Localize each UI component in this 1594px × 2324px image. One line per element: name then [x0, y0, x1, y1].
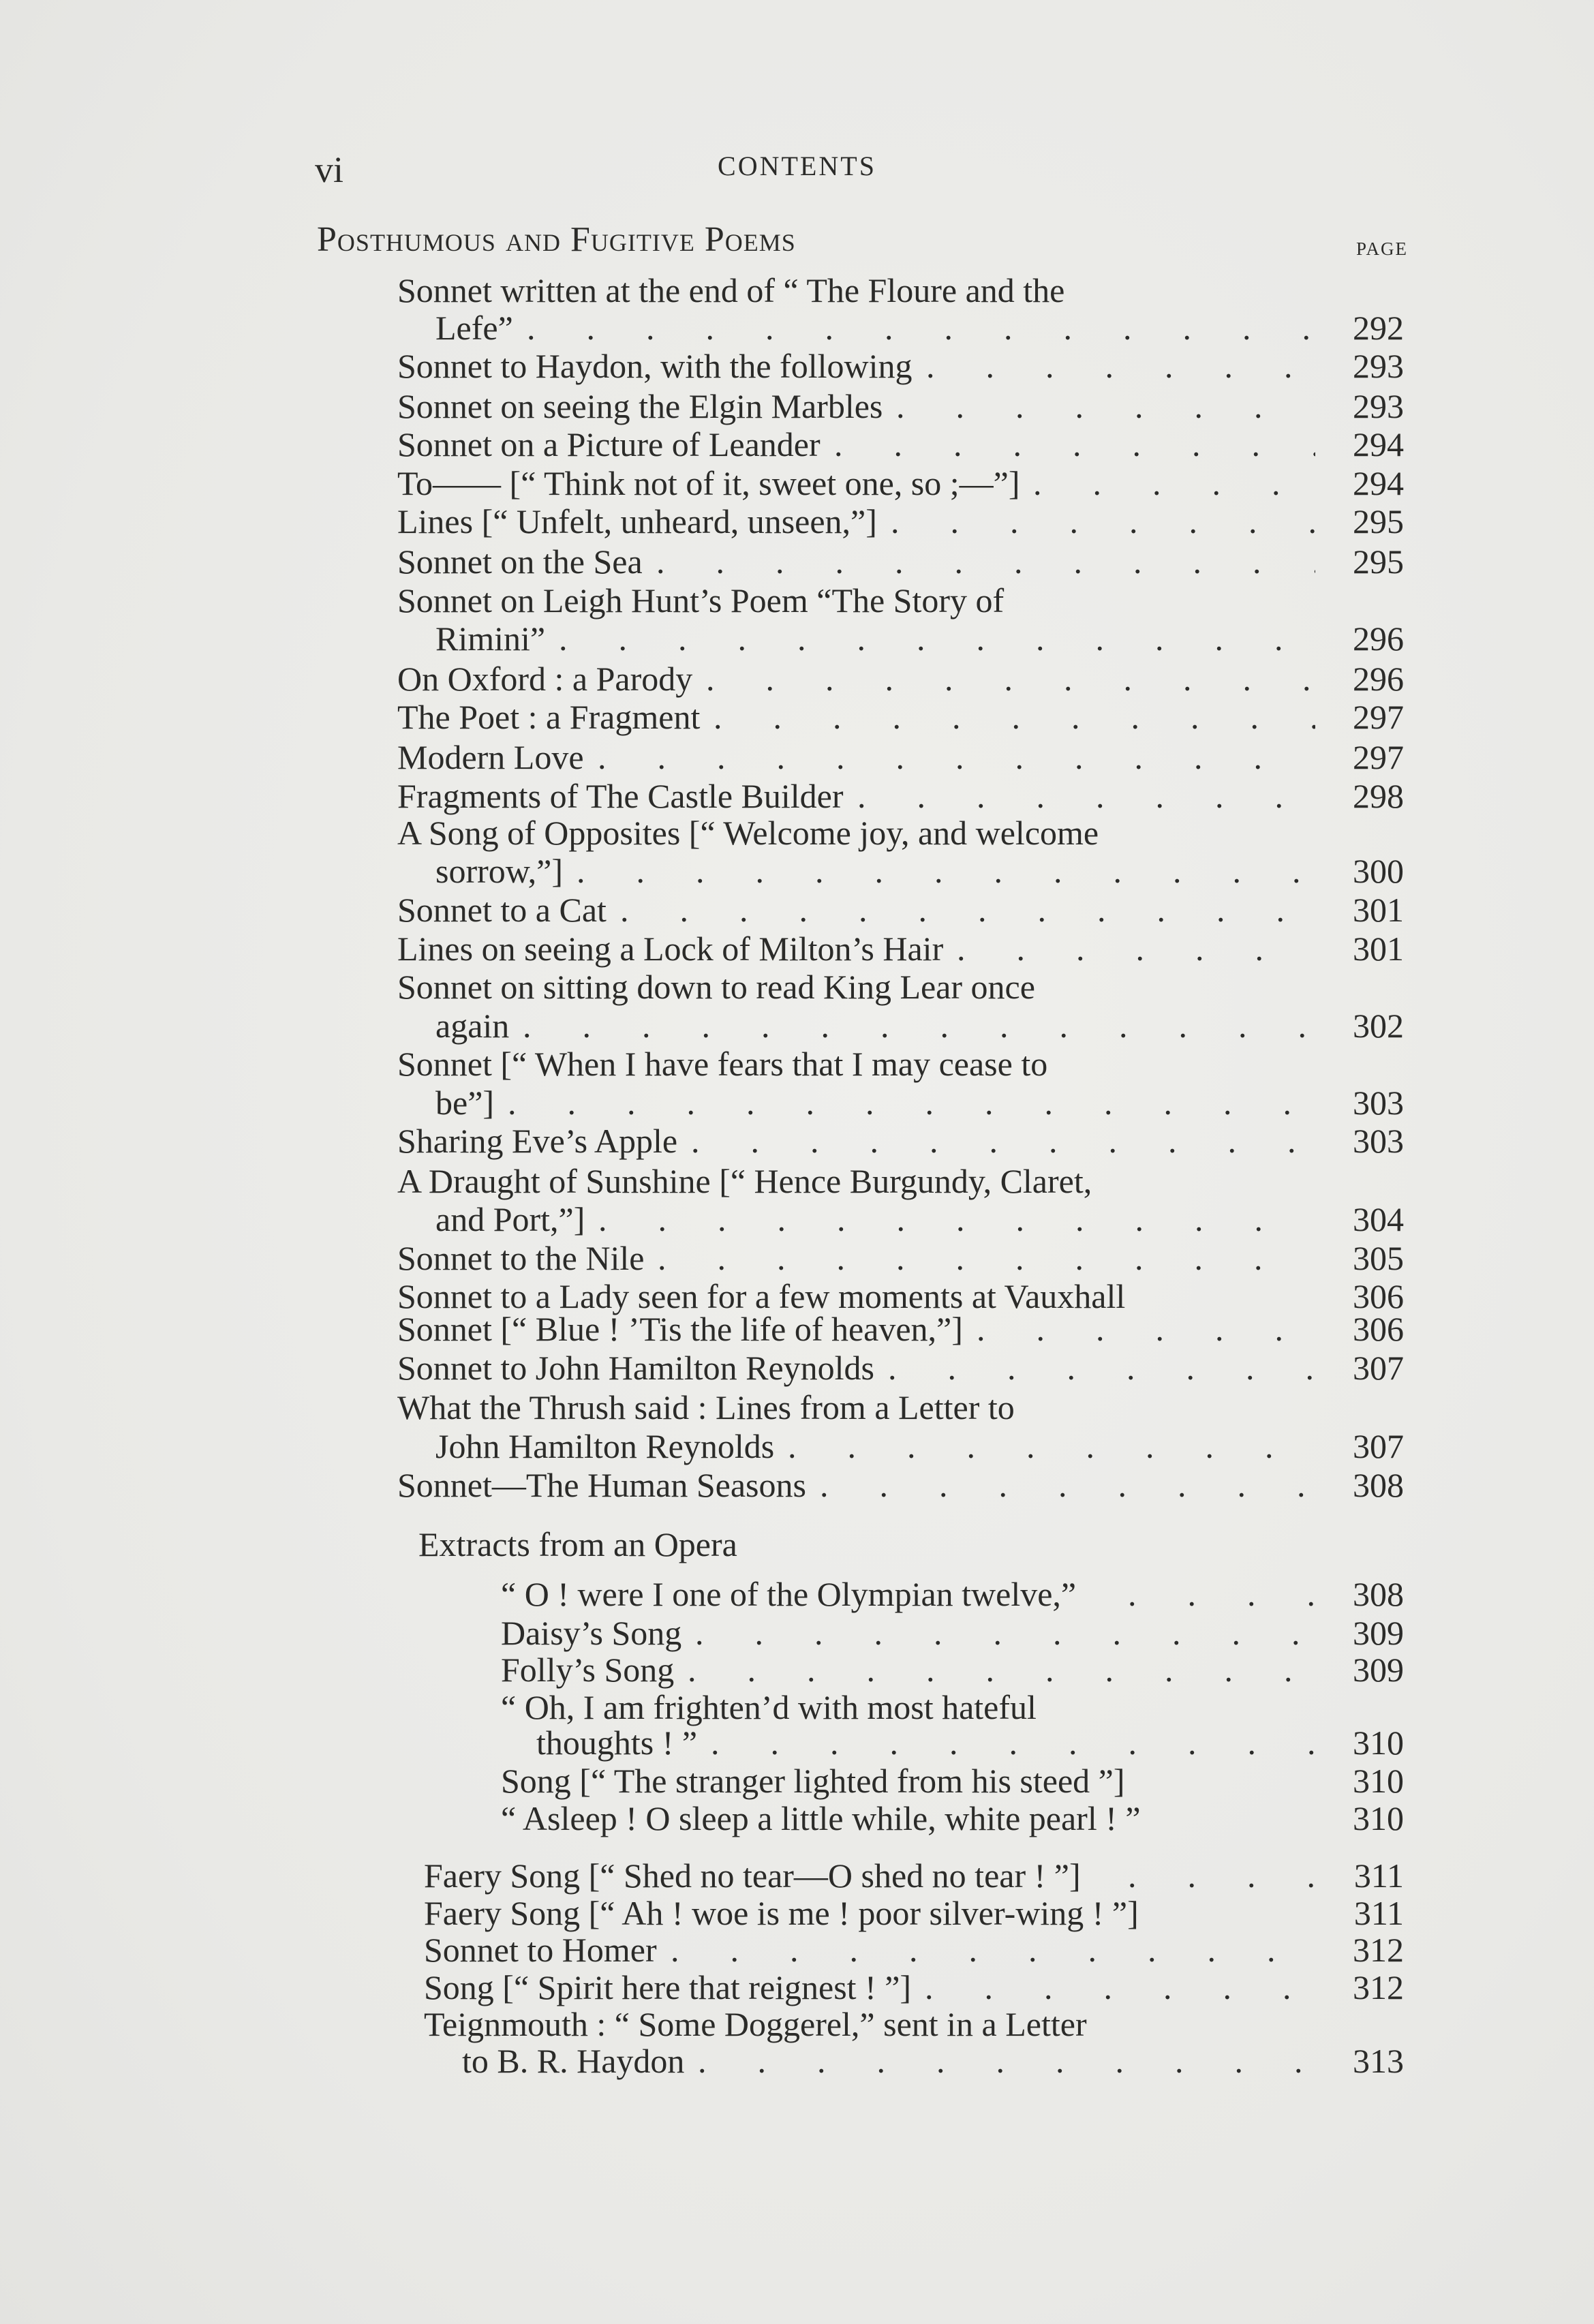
- dot-leader: . . . . . . . . . . . . . . .: [577, 852, 1315, 890]
- toc-entry-title: Sonnet to Homer: [424, 1931, 657, 1969]
- toc-entry[interactable]: Sonnet to Haydon, with the following. . …: [0, 347, 1594, 385]
- dot-leader: . . . . . . . . . . . . .: [691, 1122, 1315, 1160]
- toc-entry-title: “ Oh, I am frighten’d with most hateful: [501, 1688, 1037, 1726]
- toc-entry-page-number: 292: [1336, 309, 1404, 347]
- toc-entry-page-number: 312: [1336, 1931, 1404, 1969]
- toc-entry[interactable]: Daisy’s Song. . . . . . . . . . . . .309: [0, 1614, 1594, 1652]
- dot-leader: . . . . . . . . . .: [834, 425, 1315, 463]
- toc-entry[interactable]: Sonnet written at the end of “ The Flour…: [0, 271, 1594, 309]
- toc-entry-title: Fragments of The Castle Builder: [397, 777, 844, 815]
- toc-entry-title: Sonnet on Leigh Hunt’s Poem “The Story o…: [397, 581, 1004, 620]
- toc-entry-page-number: 302: [1336, 1007, 1404, 1045]
- toc-entry[interactable]: again. . . . . . . . . . . . . . . . .30…: [0, 1007, 1594, 1045]
- toc-entry-page-number: 307: [1336, 1349, 1404, 1387]
- dot-leader: . . . . . . .: [977, 1310, 1315, 1348]
- toc-entry-page-number: 294: [1336, 464, 1404, 502]
- toc-entry[interactable]: Lines [“ Unfelt, unheard, unseen,”]. . .…: [0, 502, 1594, 540]
- toc-entry-title: thoughts ! ”: [536, 1724, 697, 1762]
- toc-entry-title: “ Asleep ! O sleep a little while, white…: [501, 1799, 1141, 1837]
- toc-entry[interactable]: A Song of Opposites [“ Welcome joy, and …: [0, 814, 1594, 852]
- toc-entry-title: Teignmouth : “ Some Doggerel,” sent in a…: [424, 2005, 1087, 2043]
- toc-entry-title: Sonnet on sitting down to read King Lear…: [397, 968, 1035, 1006]
- subsection-heading-opera: Extracts from an Opera: [418, 1525, 737, 1563]
- toc-entry[interactable]: Modern Love. . . . . . . . . . . . . . .…: [0, 738, 1594, 776]
- toc-entry-title: The Poet : a Fragment: [397, 698, 700, 736]
- toc-entry[interactable]: Fragments of The Castle Builder. . . . .…: [0, 777, 1594, 815]
- toc-entry-page-number: 298: [1336, 777, 1404, 815]
- toc-entry-title: Modern Love: [397, 738, 584, 776]
- toc-entry-title: Sonnet to a Cat: [397, 891, 607, 929]
- toc-entry-title: Song [“ The stranger lighted from his st…: [501, 1762, 1125, 1800]
- dot-leader: . . . . . . . . . . . . .: [671, 1931, 1315, 1969]
- toc-entry-page-number: 310: [1336, 1799, 1404, 1837]
- toc-entry-page-number: 303: [1336, 1084, 1404, 1122]
- toc-entry-page-number: 310: [1336, 1762, 1404, 1800]
- toc-entry[interactable]: Teignmouth : “ Some Doggerel,” sent in a…: [0, 2005, 1594, 2043]
- dot-leader: . . . . . . . . . . . . . . .: [620, 891, 1315, 929]
- toc-entry[interactable]: Sonnet to Homer. . . . . . . . . . . . .…: [0, 1931, 1594, 1969]
- dot-leader: . . . . . . . . . . . . . . .: [598, 738, 1315, 776]
- toc-entry-page-number: 297: [1336, 738, 1404, 776]
- toc-entry-title: again: [435, 1007, 509, 1045]
- dot-leader: . . . . . . . .: [926, 347, 1315, 385]
- toc-entry-title: A Draught of Sunshine [“ Hence Burgundy,…: [397, 1162, 1092, 1200]
- toc-entry-title: Rimini”: [435, 620, 545, 658]
- toc-entry-page-number: 306: [1336, 1310, 1404, 1348]
- toc-entry-title: A Song of Opposites [“ Welcome joy, and …: [397, 814, 1099, 852]
- toc-entry-title: Faery Song [“ Ah ! woe is me ! poor silv…: [424, 1894, 1139, 1932]
- toc-entry-title: to B. R. Haydon: [462, 2042, 684, 2080]
- toc-entry-page-number: 303: [1336, 1122, 1404, 1160]
- toc-entry[interactable]: Sonnet [“ When I have fears that I may c…: [0, 1045, 1594, 1083]
- toc-entry-page-number: 309: [1336, 1651, 1404, 1689]
- toc-entry-page-number: 296: [1336, 660, 1404, 698]
- toc-entry[interactable]: A Draught of Sunshine [“ Hence Burgundy,…: [0, 1162, 1594, 1200]
- toc-entry[interactable]: Sonnet—The Human Seasons. . . . . . . . …: [0, 1466, 1594, 1504]
- dot-leader: . . . . . . . .: [925, 1968, 1315, 2006]
- toc-entry-title: Daisy’s Song: [501, 1614, 681, 1652]
- toc-entry[interactable]: Sonnet on a Picture of Leander. . . . . …: [0, 425, 1594, 463]
- dot-leader: . . . . . . . . . . . . .: [706, 660, 1315, 698]
- toc-entry-page-number: 295: [1336, 542, 1404, 581]
- toc-entry-page-number: 293: [1336, 347, 1404, 385]
- toc-entry-title: Lines [“ Unfelt, unheard, unseen,”]: [397, 502, 877, 540]
- toc-entry[interactable]: “ Oh, I am frighten’d with most hateful: [0, 1688, 1594, 1726]
- toc-entry-title: Song [“ Spirit here that reignest ! ”]: [424, 1968, 911, 2006]
- toc-entry-page-number: 308: [1336, 1575, 1404, 1613]
- toc-entry-page-number: 294: [1336, 425, 1404, 463]
- toc-entry-title: Lines on seeing a Lock of Milton’s Hair: [397, 930, 943, 968]
- toc-entry[interactable]: The Poet : a Fragment. . . . . . . . . .…: [0, 698, 1594, 736]
- toc-entry-title: Sonnet—The Human Seasons: [397, 1466, 806, 1504]
- toc-entry[interactable]: “ Asleep ! O sleep a little while, white…: [0, 1799, 1594, 1837]
- toc-entry-page-number: 311: [1336, 1856, 1404, 1895]
- toc-entry-title: Sonnet [“ Blue ! ’Tis the life of heaven…: [397, 1310, 963, 1348]
- toc-entry-title: Sonnet on a Picture of Leander: [397, 425, 821, 463]
- toc-entry[interactable]: Sonnet on Leigh Hunt’s Poem “The Story o…: [0, 581, 1594, 620]
- toc-entry-page-number: 304: [1336, 1200, 1404, 1238]
- toc-entry[interactable]: John Hamilton Reynolds. . . . . . . . . …: [0, 1427, 1594, 1465]
- dot-leader: . . . .: [1094, 1856, 1315, 1895]
- dot-leader: . . . . . . . . . . . . .: [695, 1614, 1315, 1652]
- toc-entry-title: “ O ! were I one of the Olympian twelve,…: [501, 1575, 1076, 1613]
- dot-leader: . . . .: [1090, 1575, 1315, 1613]
- toc-entry-title: and Port,”]: [435, 1200, 585, 1238]
- toc-entry-title: Sonnet [“ When I have fears that I may c…: [397, 1045, 1047, 1083]
- dot-leader: . . . . . . . . . . .: [788, 1427, 1315, 1465]
- toc-entry-title: What the Thrush said : Lines from a Lett…: [397, 1388, 1015, 1426]
- dot-leader: . . . . . . . . . . . . .: [698, 2042, 1315, 2080]
- toc-entry-title: be”]: [435, 1084, 494, 1122]
- dot-leader: . . . . . .: [1033, 464, 1315, 502]
- toc-entry[interactable]: Sonnet to the Nile. . . . . . . . . . . …: [0, 1239, 1594, 1277]
- dot-leader: . . . . . . . . . . . . . .: [656, 542, 1315, 581]
- toc-entry-page-number: 305: [1336, 1239, 1404, 1277]
- dot-leader: . . . . . . . . .: [891, 502, 1315, 540]
- dot-leader: . . . . . . . . . . . . . . . .: [559, 620, 1315, 658]
- toc-entry-page-number: 301: [1336, 891, 1404, 929]
- toc-entry-page-number: 310: [1336, 1724, 1404, 1762]
- toc-entry-title: Sonnet to the Nile: [397, 1239, 644, 1277]
- toc-entry-page-number: 309: [1336, 1614, 1404, 1652]
- toc-entry-title: John Hamilton Reynolds: [435, 1427, 774, 1465]
- toc-entry[interactable]: Folly’s Song. . . . . . . . . . . . .309: [0, 1651, 1594, 1689]
- toc-entry[interactable]: Faery Song [“ Shed no tear—O shed no tea…: [0, 1856, 1594, 1895]
- dot-leader: . . . . . . .: [957, 930, 1315, 968]
- toc-entry-title: Sonnet to John Hamilton Reynolds: [397, 1349, 874, 1387]
- toc-entry-page-number: 312: [1336, 1968, 1404, 2006]
- toc-entry[interactable]: Sonnet to John Hamilton Reynolds. . . . …: [0, 1349, 1594, 1387]
- toc-entry-page-number: 300: [1336, 852, 1404, 890]
- toc-entry-title: Sonnet to Haydon, with the following: [397, 347, 913, 385]
- toc-entry-page-number: 307: [1336, 1427, 1404, 1465]
- toc-entry[interactable]: Lines on seeing a Lock of Milton’s Hair.…: [0, 930, 1594, 968]
- toc-entry-title: On Oxford : a Parody: [397, 660, 692, 698]
- toc-entry[interactable]: Sharing Eve’s Apple. . . . . . . . . . .…: [0, 1122, 1594, 1160]
- toc-entry[interactable]: On Oxford : a Parody. . . . . . . . . . …: [0, 660, 1594, 698]
- toc-entry[interactable]: Song [“ Spirit here that reignest ! ”]. …: [0, 1968, 1594, 2006]
- toc-entry-title: sorrow,”]: [435, 852, 563, 890]
- toc-entry[interactable]: Song [“ The stranger lighted from his st…: [0, 1762, 1594, 1800]
- toc-entry-page-number: 293: [1336, 387, 1404, 425]
- toc-entry[interactable]: “ O ! were I one of the Olympian twelve,…: [0, 1575, 1594, 1613]
- toc-entry-title: Sharing Eve’s Apple: [397, 1122, 677, 1160]
- toc-entry-title: To—— [“ Think not of it, sweet one, so ;…: [397, 464, 1020, 502]
- toc-entry[interactable]: Sonnet to a Cat. . . . . . . . . . . . .…: [0, 891, 1594, 929]
- toc-entry-page-number: 301: [1336, 930, 1404, 968]
- dot-leader: . . . . . . . . . . . . . . . . .: [508, 1084, 1315, 1122]
- dot-leader: . . . . . . . . . . . .: [714, 698, 1315, 736]
- dot-leader: . . . . . . . . .: [857, 777, 1315, 815]
- dot-leader: . . . . . . . . . .: [820, 1466, 1315, 1504]
- toc-entry[interactable]: Sonnet on seeing the Elgin Marbles. . . …: [0, 387, 1594, 425]
- dot-leader: . . . . . . . . . . . . . . . . .: [527, 309, 1315, 347]
- dot-leader: . . . . . . . . . . . . . .: [658, 1239, 1315, 1277]
- dot-leader: . . . . . . . . . . . . . . . . .: [523, 1007, 1315, 1045]
- toc-entry[interactable]: What the Thrush said : Lines from a Lett…: [0, 1388, 1594, 1426]
- toc-entry[interactable]: Sonnet [“ Blue ! ’Tis the life of heaven…: [0, 1310, 1594, 1348]
- toc-entry-title: Faery Song [“ Shed no tear—O shed no tea…: [424, 1856, 1081, 1895]
- toc-entry[interactable]: thoughts ! ”. . . . . . . . . . . . .310: [0, 1724, 1594, 1762]
- toc-entry-title: Sonnet written at the end of “ The Flour…: [397, 271, 1064, 309]
- dot-leader: . . . . . . . . . . . . .: [711, 1724, 1315, 1762]
- toc-entry[interactable]: To—— [“ Think not of it, sweet one, so ;…: [0, 464, 1594, 502]
- toc-entry-page-number: 308: [1336, 1466, 1404, 1504]
- book-page: vi CONTENTS Posthumous and Fugitive Poem…: [0, 0, 1594, 2324]
- running-title: CONTENTS: [0, 150, 1594, 182]
- toc-entry[interactable]: Faery Song [“ Ah ! woe is me ! poor silv…: [0, 1894, 1594, 1932]
- toc-entry-title: Sonnet on the Sea: [397, 542, 643, 581]
- toc-entry-page-number: 311: [1336, 1894, 1404, 1932]
- toc-entry-title: Folly’s Song: [501, 1651, 674, 1689]
- toc-entry-page-number: 295: [1336, 502, 1404, 540]
- toc-entry-title: Lefe”: [435, 309, 513, 347]
- toc-entry-page-number: 296: [1336, 620, 1404, 658]
- toc-entry[interactable]: Sonnet on sitting down to read King Lear…: [0, 968, 1594, 1006]
- toc-entry[interactable]: Sonnet on the Sea. . . . . . . . . . . .…: [0, 542, 1594, 581]
- toc-entry[interactable]: sorrow,”]. . . . . . . . . . . . . . .30…: [0, 852, 1594, 890]
- section-title: Posthumous and Fugitive Poems: [317, 219, 796, 260]
- toc-entry[interactable]: to B. R. Haydon. . . . . . . . . . . . .…: [0, 2042, 1594, 2080]
- toc-entry-title: Sonnet on seeing the Elgin Marbles: [397, 387, 883, 425]
- dot-leader: . . . . . . . . .: [896, 387, 1315, 425]
- toc-entry[interactable]: be”]. . . . . . . . . . . . . . . . .303: [0, 1084, 1594, 1122]
- page-column-label: PAGE: [1356, 239, 1403, 260]
- toc-entry[interactable]: Lefe”. . . . . . . . . . . . . . . . .29…: [0, 309, 1594, 347]
- dot-leader: . . . . . . . . . . . . .: [688, 1651, 1315, 1689]
- toc-entry-page-number: 297: [1336, 698, 1404, 736]
- toc-entry[interactable]: Rimini”. . . . . . . . . . . . . . . .29…: [0, 620, 1594, 658]
- dot-leader: . . . . . . . . . . . . . . .: [598, 1200, 1315, 1238]
- toc-entry[interactable]: and Port,”]. . . . . . . . . . . . . . .…: [0, 1200, 1594, 1238]
- toc-entry-page-number: 313: [1336, 2042, 1404, 2080]
- dot-leader: . . . . . . . . .: [888, 1349, 1315, 1387]
